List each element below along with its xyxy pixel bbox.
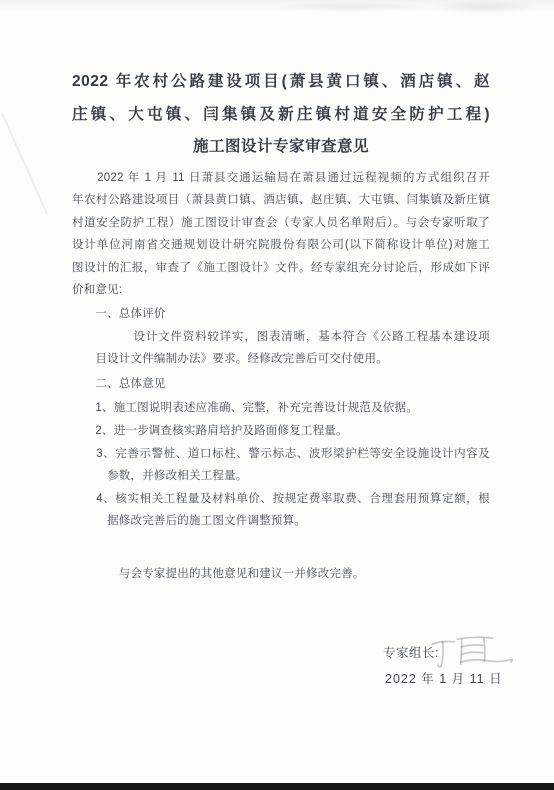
section-heading-overall-comments: 二、总体意见 [72,373,490,395]
section-heading-text: 二、总体意见 [72,373,490,395]
text-line: 2、进一步调查核实路肩培护及路面修复工程量。 [72,420,490,442]
text-line: 4、核实相关工程量及材料单价、按规定费率取费、合理套用预算定额，根 [72,488,490,510]
scan-smudge-spot [430,0,540,14]
text-line: 目设计文件编制办法》要求。经修改完善后可交付使用。 [72,348,490,370]
text-line: 据修改完善后的施工图文件调整预算。 [72,510,490,532]
list-item: 3、完善示警桩、道口标柱、警示标志、波形梁护栏等安全设施设计内容及 参数，并修改… [72,443,490,488]
document-content: 2022 年农村公路建设项目(萧县黄口镇、酒店镇、赵庄镇、大屯镇、闫集镇及新庄镇… [72,66,490,585]
comments-list: 1、施工图说明表述应准确、完整，补充完善设计规范及依据。 2、进一步调查核实路肩… [72,397,490,533]
list-item: 1、施工图说明表述应准确、完整，补充完善设计规范及依据。 [72,397,490,419]
scan-smudge-spot [270,2,430,12]
handwritten-signature [428,628,516,672]
intro-paragraph: 2022 年 1 月 11 日萧县交通运输局在萧县通过远程视频的方式组织召开 2… [72,167,490,301]
text-line: 年农村公路建设项目（萧县黄口镇、酒店镇、赵庄镇、大屯镇、闫集镇及新庄镇 [72,189,490,211]
closing-paragraph: 与会专家提出的其他意见和建议一并修改完善。 [72,563,490,585]
section-heading-overall-evaluation: 一、总体评价 [72,303,490,325]
text-line: 参数，并修改相关工程量。 [72,465,490,487]
text-line: 2022 年 1 月 11 日萧县交通运输局在萧县通过远程视频的方式组织召开 2… [72,167,490,189]
section-heading-text: 一、总体评价 [72,303,490,325]
text-line: 设计单位河南省交通规划设计研究院股份有限公司(以下简称设计单位)对施工 [72,234,490,256]
text-line: 庄镇、大屯镇、闫集镇及新庄镇村道安全防护工程) [72,99,490,132]
text-line: 3、完善示警桩、道口标柱、警示标志、波形梁护栏等安全设施设计内容及 [72,443,490,465]
text-line: 价和意见: [72,279,490,301]
list-item: 4、核实相关工程量及材料单价、按规定费率取费、合理套用预算定额，根 据修改完善后… [72,488,490,533]
scan-diagonal-artifact [1,113,48,216]
text-line: 设计文件资料较详实，图表清晰，基本符合《公路工程基本建设项 [72,326,490,348]
overall-evaluation-body: 设计文件资料较详实，图表清晰，基本符合《公路工程基本建设项 目设计文件编制办法》… [72,326,490,371]
closing-line-text: 与会专家提出的其他意见和建议一并修改完善。 [72,563,490,585]
text-line: 图设计的汇报，审查了《施工图设计》文件。经专家组充分讨论后，形成如下评 [72,257,490,279]
scanner-edge-bar [0,783,554,790]
text-line: 村道安全防护工程）施工图设计审查会（专家人员名单附后）。与会专家听取了 [72,212,490,234]
document-title: 2022 年农村公路建设项目(萧县黄口镇、酒店镇、赵庄镇、大屯镇、闫集镇及新庄镇… [72,66,490,164]
list-item: 2、进一步调查核实路肩培护及路面修复工程量。 [72,420,490,442]
text-line: 2022 年农村公路建设项目(萧县黄口镇、酒店镇、赵 [72,66,490,99]
text-line: 施工图设计专家审查意见 [72,131,490,164]
signature-date: 2022 年 1 月 11 日 [385,672,503,687]
text-line: 1、施工图说明表述应准确、完整，补充完善设计规范及依据。 [72,397,490,419]
scanned-document-page: 2022 年农村公路建设项目(萧县黄口镇、酒店镇、赵庄镇、大屯镇、闫集镇及新庄镇… [0,0,554,790]
